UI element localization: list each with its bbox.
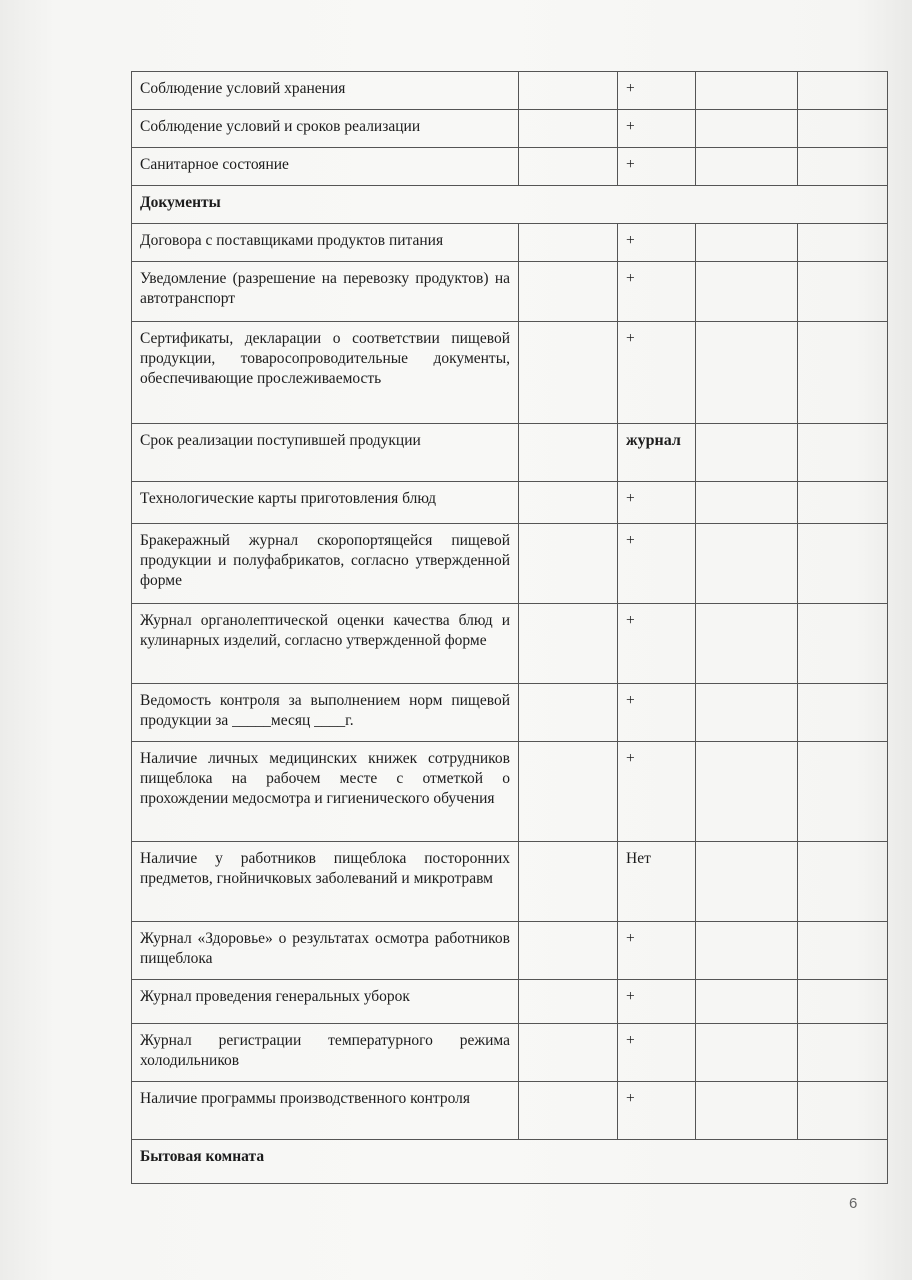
empty-cell bbox=[519, 482, 618, 524]
status-mark: + bbox=[618, 742, 696, 842]
checklist-body: Соблюдение условий хранения+Соблюдение у… bbox=[132, 72, 888, 1184]
item-label: Сертификаты, декларации о соответствии п… bbox=[132, 322, 519, 424]
empty-cell bbox=[798, 842, 888, 922]
empty-cell bbox=[519, 72, 618, 110]
empty-cell bbox=[519, 604, 618, 684]
inspection-checklist-table: Соблюдение условий хранения+Соблюдение у… bbox=[131, 71, 888, 1184]
empty-cell bbox=[696, 72, 798, 110]
item-label: Бракеражный журнал скоропортящейся пищев… bbox=[132, 524, 519, 604]
status-mark: + bbox=[618, 262, 696, 322]
empty-cell bbox=[798, 148, 888, 186]
status-mark: + bbox=[618, 322, 696, 424]
item-label: Наличие у работников пищеблока посторонн… bbox=[132, 842, 519, 922]
empty-cell bbox=[696, 742, 798, 842]
empty-cell bbox=[519, 110, 618, 148]
status-mark: + bbox=[618, 604, 696, 684]
item-label: Журнал проведения генеральных уборок bbox=[132, 980, 519, 1024]
empty-cell bbox=[798, 262, 888, 322]
table-row: Бракеражный журнал скоропортящейся пищев… bbox=[132, 524, 888, 604]
table-row: Журнал проведения генеральных уборок+ bbox=[132, 980, 888, 1024]
item-label: Соблюдение условий хранения bbox=[132, 72, 519, 110]
section-row: Бытовая комната bbox=[132, 1140, 888, 1184]
item-label: Наличие личных медицинских книжек сотруд… bbox=[132, 742, 519, 842]
section-row: Документы bbox=[132, 186, 888, 224]
status-mark: Нет bbox=[618, 842, 696, 922]
section-heading: Документы bbox=[132, 186, 888, 224]
empty-cell bbox=[798, 482, 888, 524]
empty-cell bbox=[696, 1082, 798, 1140]
empty-cell bbox=[798, 110, 888, 148]
empty-cell bbox=[696, 842, 798, 922]
empty-cell bbox=[798, 72, 888, 110]
empty-cell bbox=[519, 262, 618, 322]
table-row: Срок реализации поступившей продукциижур… bbox=[132, 424, 888, 482]
status-mark: + bbox=[618, 922, 696, 980]
empty-cell bbox=[519, 224, 618, 262]
table-row: Соблюдение условий и сроков реализации+ bbox=[132, 110, 888, 148]
table-row: Наличие программы производственного конт… bbox=[132, 1082, 888, 1140]
empty-cell bbox=[798, 742, 888, 842]
empty-cell bbox=[696, 424, 798, 482]
empty-cell bbox=[696, 110, 798, 148]
status-mark: + bbox=[618, 684, 696, 742]
empty-cell bbox=[798, 604, 888, 684]
empty-cell bbox=[798, 1024, 888, 1082]
table-row: Уведомление (разрешение на перевозку про… bbox=[132, 262, 888, 322]
item-label: Наличие программы производственного конт… bbox=[132, 1082, 519, 1140]
item-label: Санитарное состояние bbox=[132, 148, 519, 186]
item-label: Технологические карты приготовления блюд bbox=[132, 482, 519, 524]
empty-cell bbox=[519, 322, 618, 424]
table-row: Соблюдение условий хранения+ bbox=[132, 72, 888, 110]
status-mark: + bbox=[618, 1024, 696, 1082]
empty-cell bbox=[798, 922, 888, 980]
item-label: Ведомость контроля за выполнением норм п… bbox=[132, 684, 519, 742]
empty-cell bbox=[696, 524, 798, 604]
item-label: Журнал регистрации температурного режима… bbox=[132, 1024, 519, 1082]
table-row: Санитарное состояние+ bbox=[132, 148, 888, 186]
empty-cell bbox=[696, 922, 798, 980]
item-label: Договора с поставщиками продуктов питани… bbox=[132, 224, 519, 262]
empty-cell bbox=[798, 322, 888, 424]
empty-cell bbox=[519, 1082, 618, 1140]
empty-cell bbox=[519, 742, 618, 842]
status-mark: + bbox=[618, 224, 696, 262]
empty-cell bbox=[798, 424, 888, 482]
empty-cell bbox=[519, 524, 618, 604]
empty-cell bbox=[798, 980, 888, 1024]
empty-cell bbox=[696, 262, 798, 322]
section-heading: Бытовая комната bbox=[132, 1140, 888, 1184]
empty-cell bbox=[798, 524, 888, 604]
empty-cell bbox=[696, 604, 798, 684]
status-mark: + bbox=[618, 482, 696, 524]
status-mark: + bbox=[618, 980, 696, 1024]
empty-cell bbox=[798, 1082, 888, 1140]
empty-cell bbox=[798, 224, 888, 262]
table-row: Сертификаты, декларации о соответствии п… bbox=[132, 322, 888, 424]
item-label: Журнал органолептической оценки качества… bbox=[132, 604, 519, 684]
item-label: Уведомление (разрешение на перевозку про… bbox=[132, 262, 519, 322]
table-row: Журнал «Здоровье» о результатах осмотра … bbox=[132, 922, 888, 980]
item-label: Журнал «Здоровье» о результатах осмотра … bbox=[132, 922, 519, 980]
empty-cell bbox=[696, 148, 798, 186]
status-mark: + bbox=[618, 524, 696, 604]
table-row: Ведомость контроля за выполнением норм п… bbox=[132, 684, 888, 742]
status-mark: + bbox=[618, 110, 696, 148]
table-row: Журнал органолептической оценки качества… bbox=[132, 604, 888, 684]
item-label: Срок реализации поступившей продукции bbox=[132, 424, 519, 482]
empty-cell bbox=[519, 684, 618, 742]
empty-cell bbox=[696, 482, 798, 524]
empty-cell bbox=[696, 224, 798, 262]
table-row: Наличие личных медицинских книжек сотруд… bbox=[132, 742, 888, 842]
status-mark: журнал bbox=[618, 424, 696, 482]
status-mark: + bbox=[618, 1082, 696, 1140]
status-mark: + bbox=[618, 148, 696, 186]
empty-cell bbox=[798, 684, 888, 742]
empty-cell bbox=[519, 842, 618, 922]
empty-cell bbox=[519, 922, 618, 980]
item-label: Соблюдение условий и сроков реализации bbox=[132, 110, 519, 148]
table-row: Договора с поставщиками продуктов питани… bbox=[132, 224, 888, 262]
empty-cell bbox=[519, 980, 618, 1024]
table-row: Журнал регистрации температурного режима… bbox=[132, 1024, 888, 1082]
empty-cell bbox=[519, 148, 618, 186]
table-row: Технологические карты приготовления блюд… bbox=[132, 482, 888, 524]
empty-cell bbox=[519, 424, 618, 482]
empty-cell bbox=[696, 1024, 798, 1082]
status-mark: + bbox=[618, 72, 696, 110]
empty-cell bbox=[696, 684, 798, 742]
table-row: Наличие у работников пищеблока посторонн… bbox=[132, 842, 888, 922]
empty-cell bbox=[696, 980, 798, 1024]
page-number: 6 bbox=[849, 1195, 857, 1212]
empty-cell bbox=[519, 1024, 618, 1082]
empty-cell bbox=[696, 322, 798, 424]
